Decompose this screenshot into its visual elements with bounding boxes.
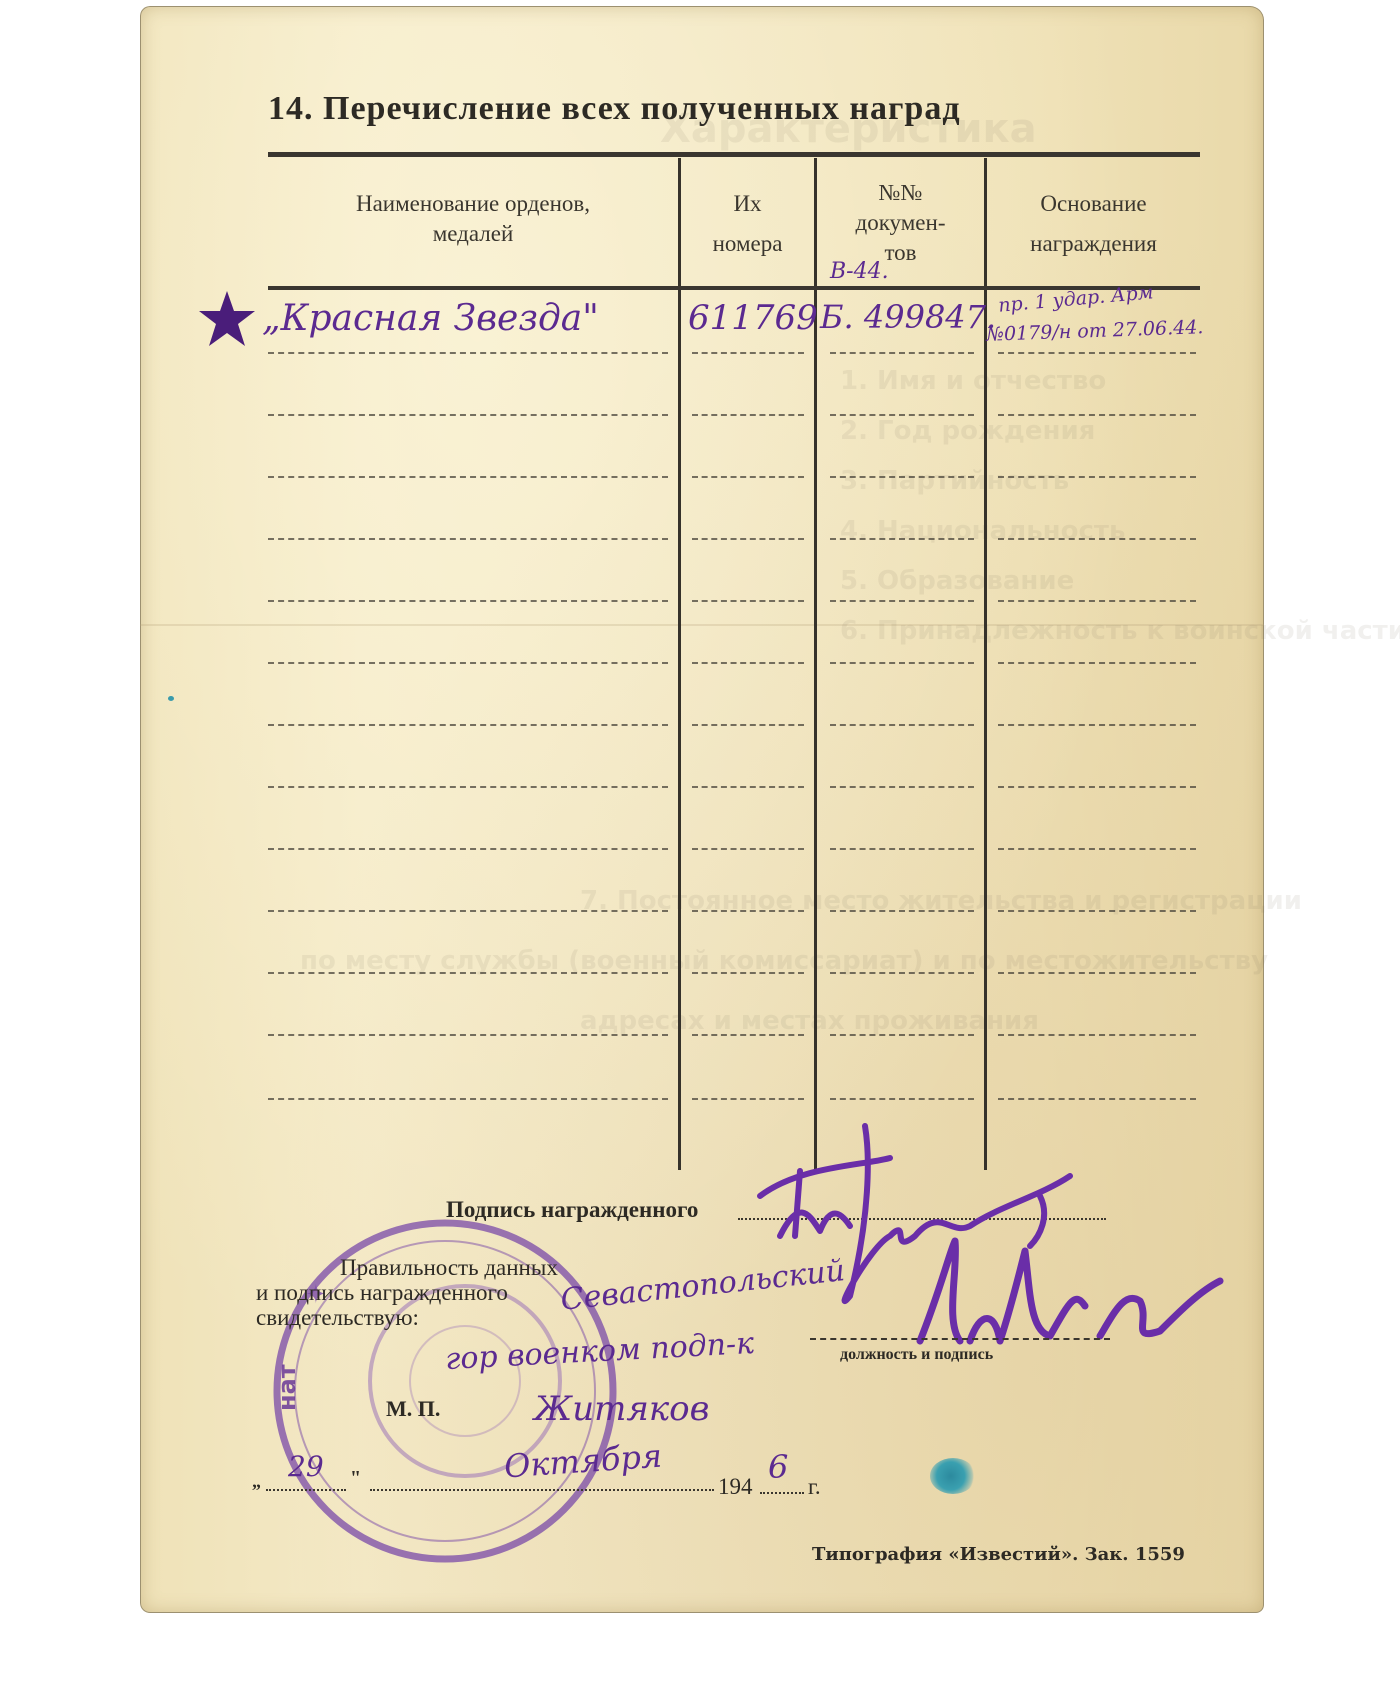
bleed-through-text: адресах и местах проживания (580, 1006, 1039, 1036)
row-line (998, 972, 1196, 976)
row-line (998, 662, 1196, 666)
printer-imprint: Типография «Известий». Зак. 1559 (812, 1544, 1185, 1565)
row-line (268, 538, 668, 542)
award-document-page: Характеристика 1. Имя и отчество 2. Год … (140, 6, 1264, 1613)
bleed-through-text: 6. Принадлежность к воинской части (840, 616, 1400, 646)
date-year-suffix: г. (808, 1474, 821, 1500)
row-line (268, 786, 668, 790)
row-line (268, 848, 668, 852)
document-number: Б. 499847. (820, 298, 996, 336)
row-line (692, 1034, 804, 1038)
row-line (998, 414, 1196, 418)
header-award-name-line2: медалей (268, 219, 678, 249)
seal-label: М. П. (386, 1396, 440, 1422)
row-line (268, 476, 668, 480)
row-line (268, 1098, 668, 1102)
header-line: награждения (987, 229, 1200, 259)
row-line (692, 600, 804, 604)
recipient-signature-label: Подпись награжденного (446, 1197, 698, 1223)
position-signature-label: должность и подпись (840, 1346, 993, 1364)
header-handwritten-annotation: В-44. (830, 259, 889, 284)
row-line (998, 910, 1196, 914)
certification-label-1: Правильность данных (340, 1255, 558, 1281)
date-year-digit: 6 (768, 1448, 788, 1486)
row-line (268, 972, 668, 976)
row-line (268, 414, 668, 418)
header-line: докумен- (817, 208, 984, 238)
column-divider (678, 158, 681, 1170)
bleed-through-text: 3. Партийность (840, 466, 1069, 496)
section-title: 14. Перечисление всех полученных наград (268, 90, 961, 128)
certifier-name: Житяков (534, 1389, 709, 1429)
row-line (830, 1034, 974, 1038)
row-line (692, 848, 804, 852)
row-line (268, 1034, 668, 1038)
row-line (830, 538, 974, 542)
header-award-numbers: Их номера (681, 189, 814, 259)
date-year-prefix: 194 (718, 1474, 753, 1500)
stamp-text: нат (273, 1364, 301, 1411)
row-line (998, 724, 1196, 728)
row-line (830, 972, 974, 976)
row-line (830, 476, 974, 480)
row-line (998, 476, 1196, 480)
row-line (268, 662, 668, 666)
row-line (692, 476, 804, 480)
ink-blot (930, 1458, 976, 1494)
row-line (268, 910, 668, 914)
row-line (998, 538, 1196, 542)
date-year-line (760, 1492, 804, 1496)
bleed-through-text: 5. Образование (840, 566, 1074, 596)
row-line (830, 848, 974, 852)
row-line (268, 352, 668, 356)
row-line (998, 786, 1196, 790)
row-line (830, 910, 974, 914)
row-line (692, 972, 804, 976)
row-line (830, 600, 974, 604)
red-star-icon (197, 289, 257, 349)
date-quote-close: " (350, 1467, 361, 1490)
row-line (830, 786, 974, 790)
row-line (268, 724, 668, 728)
header-line: номера (681, 229, 814, 259)
award-number: 611769 (688, 298, 818, 338)
header-line: Их (681, 189, 814, 219)
date-quote-open: „ (252, 1471, 261, 1492)
certification-label-3: свидетельствую: (256, 1305, 419, 1331)
row-line (692, 414, 804, 418)
row-line (830, 414, 974, 418)
date-day-line (266, 1489, 346, 1493)
row-line (692, 910, 804, 914)
header-line: №№ (817, 178, 984, 208)
award-basis-line2: №0179/н от 27.06.44. (986, 316, 1204, 346)
row-line (692, 352, 804, 356)
date-day: 29 (288, 1450, 324, 1483)
award-name: „Красная Звезда" (262, 298, 599, 339)
row-line (830, 724, 974, 728)
row-line (998, 848, 1196, 852)
ink-speck (168, 696, 174, 701)
official-signature-line (810, 1338, 1110, 1342)
row-line (692, 662, 804, 666)
row-line (998, 1034, 1196, 1038)
header-award-basis: Основание награждения (987, 189, 1200, 259)
bleed-through-text: 1. Имя и отчество (840, 366, 1106, 396)
row-line (998, 600, 1196, 604)
row-line (692, 724, 804, 728)
bleed-through-text: 2. Год рождения (840, 416, 1095, 446)
table-top-rule (268, 152, 1200, 157)
row-line (830, 662, 974, 666)
date-month-line (370, 1489, 714, 1493)
certification-label-2: и подпись награжденного (256, 1280, 508, 1306)
row-line (268, 600, 668, 604)
row-line (692, 786, 804, 790)
row-line (830, 352, 974, 356)
row-line (692, 538, 804, 542)
header-award-name: Наименование орденов, медалей (268, 189, 678, 249)
header-document-numbers: №№ докумен- тов (817, 178, 984, 268)
row-line (998, 352, 1196, 356)
header-line: Основание (987, 189, 1200, 219)
header-award-name-line1: Наименование орденов, (268, 189, 678, 219)
